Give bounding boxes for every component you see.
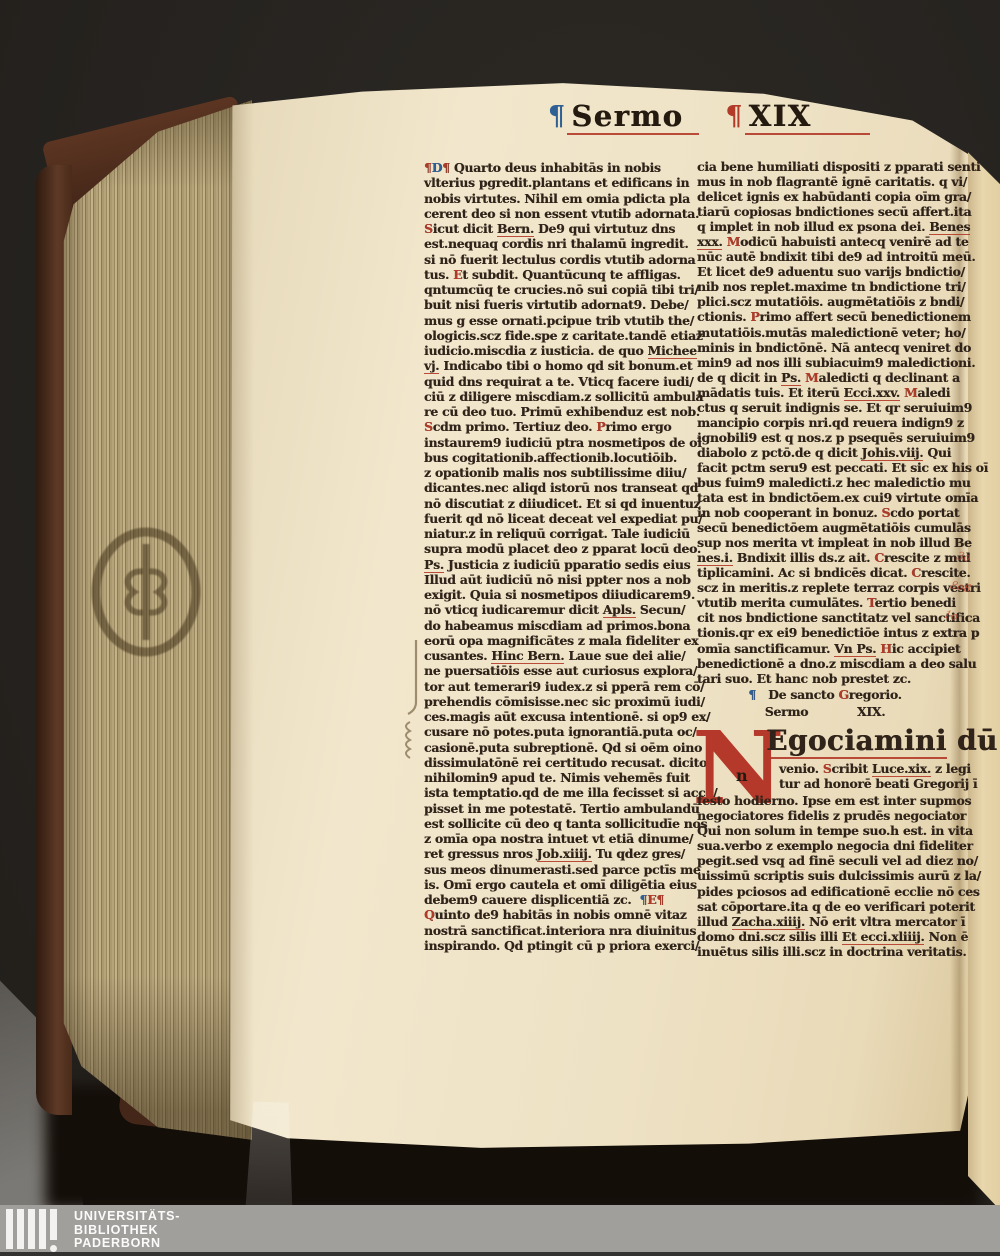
text-line: sat cōportare.ita q de eo verificari pot… (697, 899, 953, 914)
text-line: quid dns requirat a te. Vticq facere iud… (424, 374, 694, 389)
text-line: facit pctm seru9 est peccati. Et sic ex … (697, 460, 953, 475)
edge-stamp-icon (86, 518, 210, 664)
text-line: sua.verbo z exemplo negocia dni fidelite… (697, 838, 953, 853)
text-line: supra modū placet deo z pparat locū deo. (424, 541, 694, 556)
text-line: tionis.qr ex ei9 benedictiōe intus z ext… (697, 625, 953, 640)
text-line: cusare nō potes.puta ignorantiā.puta oc/ (424, 724, 694, 739)
text-line: tor aut temerari9 iudex.z si pperā rem c… (424, 679, 694, 694)
text-line: ces.magis aūt excusa intentionē. si op9 … (424, 709, 694, 724)
text-line: buit nisi fueris virtutib adornat9. Debe… (424, 297, 694, 312)
pilcrow-red-icon: ¶ (725, 100, 742, 134)
text-line: do habeamus miscdiam ad primos.bona (424, 618, 694, 633)
text-line: ¶ De sancto Gregorio. (700, 687, 950, 704)
text-line: z opationib malis nos subtilissime diiu/ (424, 465, 694, 480)
text-line: tur ad honorē beati Gregorij ī (779, 776, 955, 791)
text-line: de q dicit in Ps. Maledicti q declinant … (697, 370, 953, 385)
text-line: Ps. Justicia z iudiciū pparatio sedis ei… (424, 557, 694, 572)
text-line: tata est in bndictōem.ex cui9 virtute om… (697, 490, 953, 505)
text-line: cit nos bndictione sanctitatz vel sancti… (697, 610, 953, 625)
text-line: pegit.sed vsq ad finē seculi vel ad diez… (697, 853, 953, 868)
text-line: in nob cooperant in bonuz. Scdo portat (697, 505, 953, 520)
text-line: iudicio.miscdia z iusticia. de quo Miche… (424, 343, 694, 358)
text-line: xxx. Modicū habuisti antecq venirē ad te (697, 234, 953, 249)
text-line: festo hodierno. Ipse em est inter supmos (697, 793, 953, 808)
text-line: tari suo. Et hanc nob prestet zc. (697, 671, 953, 686)
text-line: domo dni.scz silis illi Et ecci.xliiij. … (697, 929, 953, 944)
running-head-title: Sermo (567, 100, 699, 135)
text-line: tiarū copiosas bndictiones secū affert.i… (697, 204, 953, 219)
running-head-number: XIX (745, 100, 870, 135)
text-line: nūc autē bndixit tibi de9 ad introitū me… (697, 249, 953, 264)
text-line: ignobili9 est q nos.z p psequēs seruiuim… (697, 430, 953, 445)
text-line: si nō fuerit lectulus cordis vtutib ador… (424, 252, 694, 267)
text-line: ctus q seruit indignis se. Et qr seruiui… (697, 400, 953, 415)
text-line: nes.i. Bndixit illis ds.z ait. Crescite … (697, 550, 953, 565)
text-line: re cū deo tuo. Primū exhibenduz est nob. (424, 404, 694, 419)
text-line: ologicis.scz fide.spe z caritate.tandē e… (424, 328, 694, 343)
text-line: negociatores fidelis z prudēs negociator (697, 808, 953, 823)
library-name: UNIVERSITÄTS-BIBLIOTHEKPADERBORN (74, 1210, 180, 1251)
text-line: sup nos merita vt impleat in nob illud B… (697, 535, 953, 550)
text-line: inuētus silis illi.scz in doctrina verit… (697, 944, 953, 959)
text-line: delicet ignis ex habūdanti copia oīm gra… (697, 189, 953, 204)
text-line: niatur.z in reliquū corrigat. Tale iudic… (424, 526, 694, 541)
text-line: est.nequaq cordis nri thalamū ingredit. (424, 236, 694, 251)
text-line: nō discutiat z diiudicet. Et si qd inuen… (424, 496, 694, 511)
text-line: ne puersatiōis esse aut curiosus explora… (424, 663, 694, 678)
text-line: scz in meritis.z replete terraz corpis v… (697, 580, 953, 595)
text-line: ret gressus nros Job.xiiij. Tu qdez gres… (424, 846, 694, 861)
facing-page-edge (968, 148, 1000, 1210)
text-line: diabolo z pctō.de q dicit Johis.viij. Qu… (697, 445, 953, 460)
text-line: nib nos replet.maxime tn bndictione tri/ (697, 279, 953, 294)
text-line: cusantes. Hinc Bern. Laue sue dei alie/ (424, 648, 694, 663)
text-column-right: cia bene humiliati dispositi z pparati s… (697, 159, 953, 686)
guide-letter: n (736, 768, 748, 784)
text-line: mus in nob flagrantē ignē caritatis. q v… (697, 174, 953, 189)
library-banner: UNIVERSITÄTS-BIBLIOTHEKPADERBORN (0, 1205, 1000, 1252)
text-line: Egociamini dū (766, 724, 998, 757)
text-line: bus fuim9 maledicti.z hec maledictio mu (697, 475, 953, 490)
text-line: nihilomin9 apud te. Nimis vehemēs fuit (424, 770, 694, 785)
text-line: plici.scz mutatiōis. augmētatiōis z bndi… (697, 294, 953, 309)
text-line: ista temptatio.qd de me illa fecisset si… (424, 785, 694, 800)
text-line: tus. Et subdit. Quantūcunq te affligas. (424, 267, 694, 282)
text-line: sus meos dinumerasti.sed parce pctīs me (424, 862, 694, 877)
text-line: nō vticq iudicaremur dicit Apls. Secun/ (424, 602, 694, 617)
text-line: vlterius pgredit.plantans et edificans i… (424, 175, 694, 190)
logo-bar (17, 1209, 24, 1249)
text-line: exigit. Quia si nosmetipos diiudicarem9. (424, 587, 694, 602)
text-line: UNIVERSITÄTS- (74, 1210, 180, 1224)
text-line: debem9 cauere displicentiā zc. ¶E¶ (424, 892, 694, 907)
incipit-indented-lines: venio. Scribit Luce.xix. z legitur ad ho… (779, 761, 955, 791)
text-line: tiplicamini. Ac si bndicēs dicat. Cresci… (697, 565, 953, 580)
text-line: secū benedictōem augmētatiōis cumulās (697, 520, 953, 535)
text-line: BIBLIOTHEK (74, 1224, 180, 1238)
text-line: omīa sanctificamur. Vn Ps. Hic accipiet (697, 641, 953, 656)
text-line: min9 ad nos illi subiacuim9 maledictioni… (697, 355, 953, 370)
bottom-edge-strip (0, 1252, 1000, 1256)
text-line: eorū opa magnificātes z mala fideliter e… (424, 633, 694, 648)
text-line: benedictionē a dno.z miscdiam a deo salu (697, 656, 953, 671)
text-line: Illud aūt iudiciū nō nisi ppter nos a no… (424, 572, 694, 587)
text-line: qntumcūq te crucies.nō sui copiā tibi tr… (424, 282, 694, 297)
book-photograph: ¶ Sermo ¶ XIX ¶D¶ Quarto deus inhabitās … (0, 0, 1000, 1256)
text-line: pisset in me potestatē. Tertio ambulandū (424, 801, 694, 816)
text-line: Et licet de9 aduentu suo varijs bndictio… (697, 264, 953, 279)
logo-dot (50, 1245, 57, 1252)
text-line: vtutib merita cumulātes. Tertio benedi (697, 595, 953, 610)
text-line: prehendis cōmisisse.nec sic proximū iudi… (424, 694, 694, 709)
text-line: mus g esse ornati.pcipue trib vtutib the… (424, 313, 694, 328)
text-line: illud Zacha.xiiij. Nō erit vltra mercato… (697, 914, 953, 929)
text-line: ¶D¶ Quarto deus inhabitās in nobis (424, 160, 694, 175)
incipit-display-line: Egociamini dū (766, 724, 998, 757)
incipit-full-lines: festo hodierno. Ipse em est inter supmos… (697, 793, 953, 959)
text-line: Qui non solum in tempe suo.h est. in vit… (697, 823, 953, 838)
running-head: ¶ Sermo ¶ XIX (548, 100, 870, 135)
text-line: uissimū scriptis suis dulcissimis aurū z… (697, 868, 953, 883)
text-line: Scdm primo. Tertiuz deo. Primo ergo (424, 419, 694, 434)
text-line: inspirando. Qd ptingit cū p priora exerc… (424, 938, 694, 953)
text-line: nobis virtutes. Nihil em omia pdicta pla (424, 191, 694, 206)
text-line: est sollicite cū deo q tanta sollicitudī… (424, 816, 694, 831)
logo-bar (39, 1209, 46, 1249)
logo-bar (28, 1209, 35, 1249)
text-line: Quinto de9 habitās in nobis omnē vitaz (424, 907, 694, 922)
logo-bar (6, 1209, 13, 1249)
text-line: cerent deo si non essent vtutib adornata… (424, 206, 694, 221)
text-column-left: ¶D¶ Quarto deus inhabitās in nobisvlteri… (424, 160, 694, 953)
text-line: nostrā sanctificat.interiora nra diuinit… (424, 923, 694, 938)
text-line: z omīa opa nostra intuet vt etiā dinume/ (424, 831, 694, 846)
logo-bar (50, 1209, 57, 1240)
text-line: mutatiōis.mutās maledictionē veter; ho/ (697, 325, 953, 340)
text-line: dicantes.nec aliqd istorū nos transeat q… (424, 480, 694, 495)
text-line: bus cogitationib.affectionib.locutiōib. (424, 450, 694, 465)
text-line: fuerit qd nō liceat deceat vel expediat … (424, 511, 694, 526)
text-line: vj. Indicabo tibi o homo qd sit bonum.et (424, 358, 694, 373)
text-line: instaurem9 iudiciū ptra nosmetipos de oī (424, 435, 694, 450)
text-line: cia bene humiliati dispositi z pparati s… (697, 159, 953, 174)
text-line: dissimulatōnē rei certitudo recusat. dic… (424, 755, 694, 770)
text-line: casionē.puta subreptionē. Qd si oēm oino (424, 740, 694, 755)
text-line: ciū z diligere miscdiam.z sollicitū ambu… (424, 389, 694, 404)
text-line: mancipio corpis nri.qd reuera indign9 z (697, 415, 953, 430)
text-line: ctionis. Primo affert secū benedictionem (697, 309, 953, 324)
text-line: is. Omī ergo cautela et omī diligētia ei… (424, 877, 694, 892)
text-line: mādatis tuis. Et iterū Ecci.xxv. Maledi (697, 385, 953, 400)
text-line: venio. Scribit Luce.xix. z legi (779, 761, 955, 776)
text-line: Sicut dicit Bern. De9 qui virtutuz dns (424, 221, 694, 236)
text-line: pides pciosos ad edificationē ecclie nō … (697, 884, 953, 899)
text-line: minis in bndictōnē. Nā antecq veniret do (697, 340, 953, 355)
reader-margin-marks (396, 638, 426, 768)
pilcrow-blue-icon: ¶ (548, 100, 565, 134)
text-line: PADERBORN (74, 1237, 180, 1251)
text-line: q implet in nob illud ex psona dei. Bene… (697, 219, 953, 234)
